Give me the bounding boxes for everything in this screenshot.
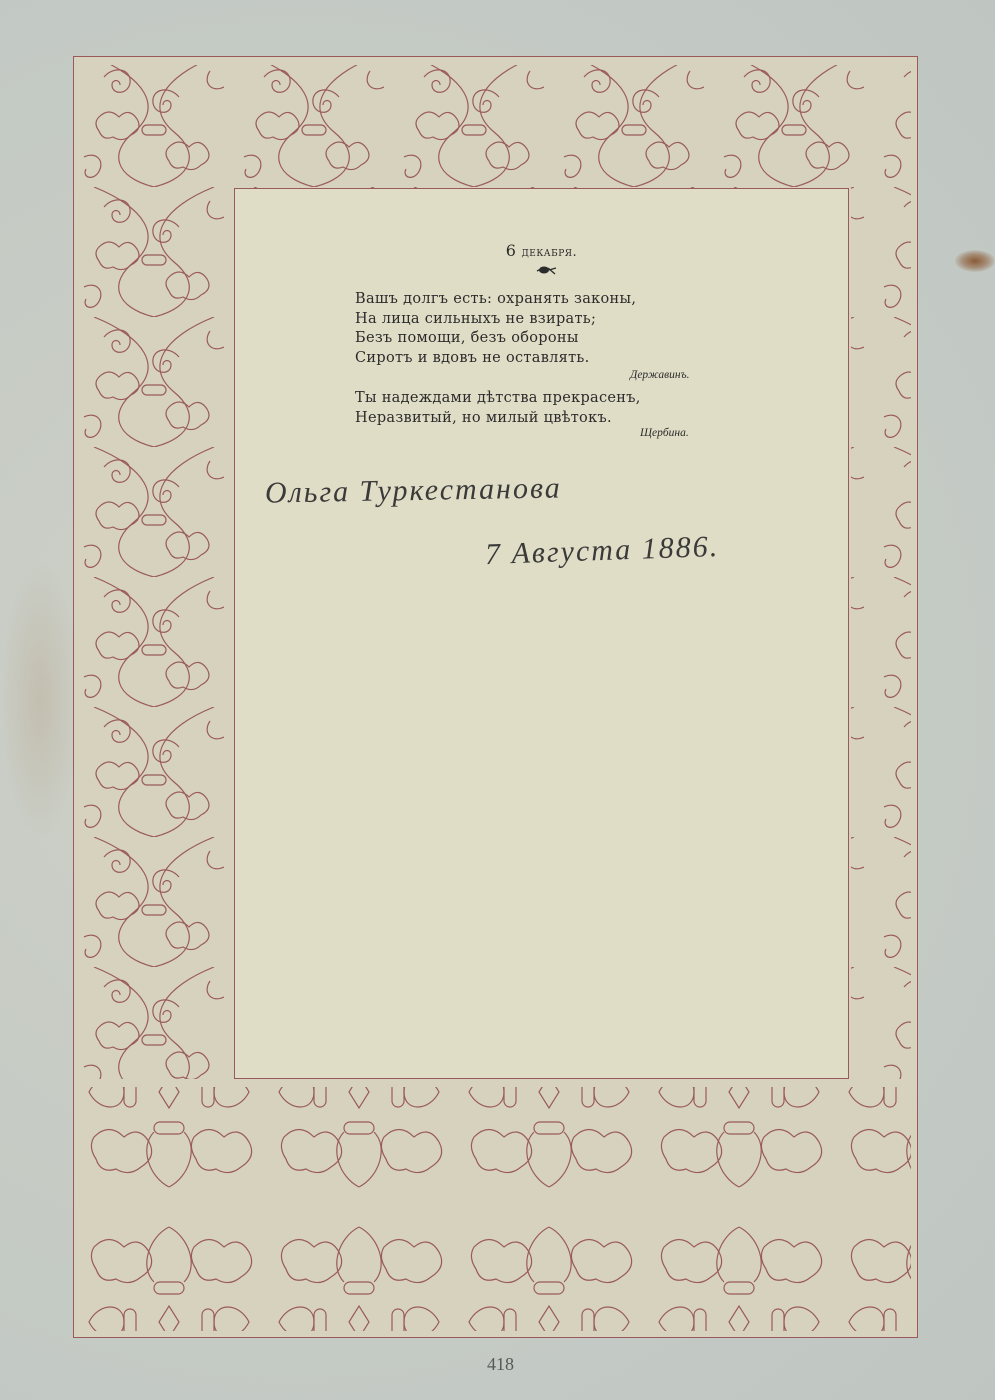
poem-line: Сиротъ и вдовъ не оставлять. xyxy=(355,349,636,369)
date-month: декабря. xyxy=(521,245,577,260)
poem-line: Ты надеждами дѣтства прекрасенъ, xyxy=(355,389,641,409)
text-panel: 6 декабря. Вашъ долгъ есть: охранять зак… xyxy=(234,188,849,1079)
poem-shcherbina: Ты надеждами дѣтства прекрасенъ, Неразви… xyxy=(355,389,641,428)
poem-line: На лица сильныхъ не взирать; xyxy=(355,310,636,330)
poem-line: Неразвитый, но милый цвѣтокъ. xyxy=(355,409,641,429)
ornamental-border-frame: 6 декабря. Вашъ долгъ есть: охранять зак… xyxy=(73,56,918,1338)
author-shcherbina: Щербина. xyxy=(640,427,689,439)
page-number: 418 xyxy=(487,1354,514,1375)
date-number: 6 xyxy=(506,241,517,260)
date-heading: 6 декабря. xyxy=(235,241,848,260)
poem-line: Вашъ долгъ есть: охранять законы, xyxy=(355,290,636,310)
paper-stain xyxy=(955,250,995,272)
author-derzhavin: Державинъ. xyxy=(630,369,689,381)
poem-derzhavin: Вашъ долгъ есть: охранять законы, На лиц… xyxy=(355,290,636,368)
paper-shade xyxy=(0,560,80,840)
poem-line: Безъ помощи, безъ обороны xyxy=(355,329,636,349)
leaf-fleuron-icon xyxy=(535,264,557,276)
handwritten-date: 7 Августа 1886. xyxy=(484,530,719,572)
handwritten-name: Ольга Туркестанова xyxy=(265,471,562,510)
